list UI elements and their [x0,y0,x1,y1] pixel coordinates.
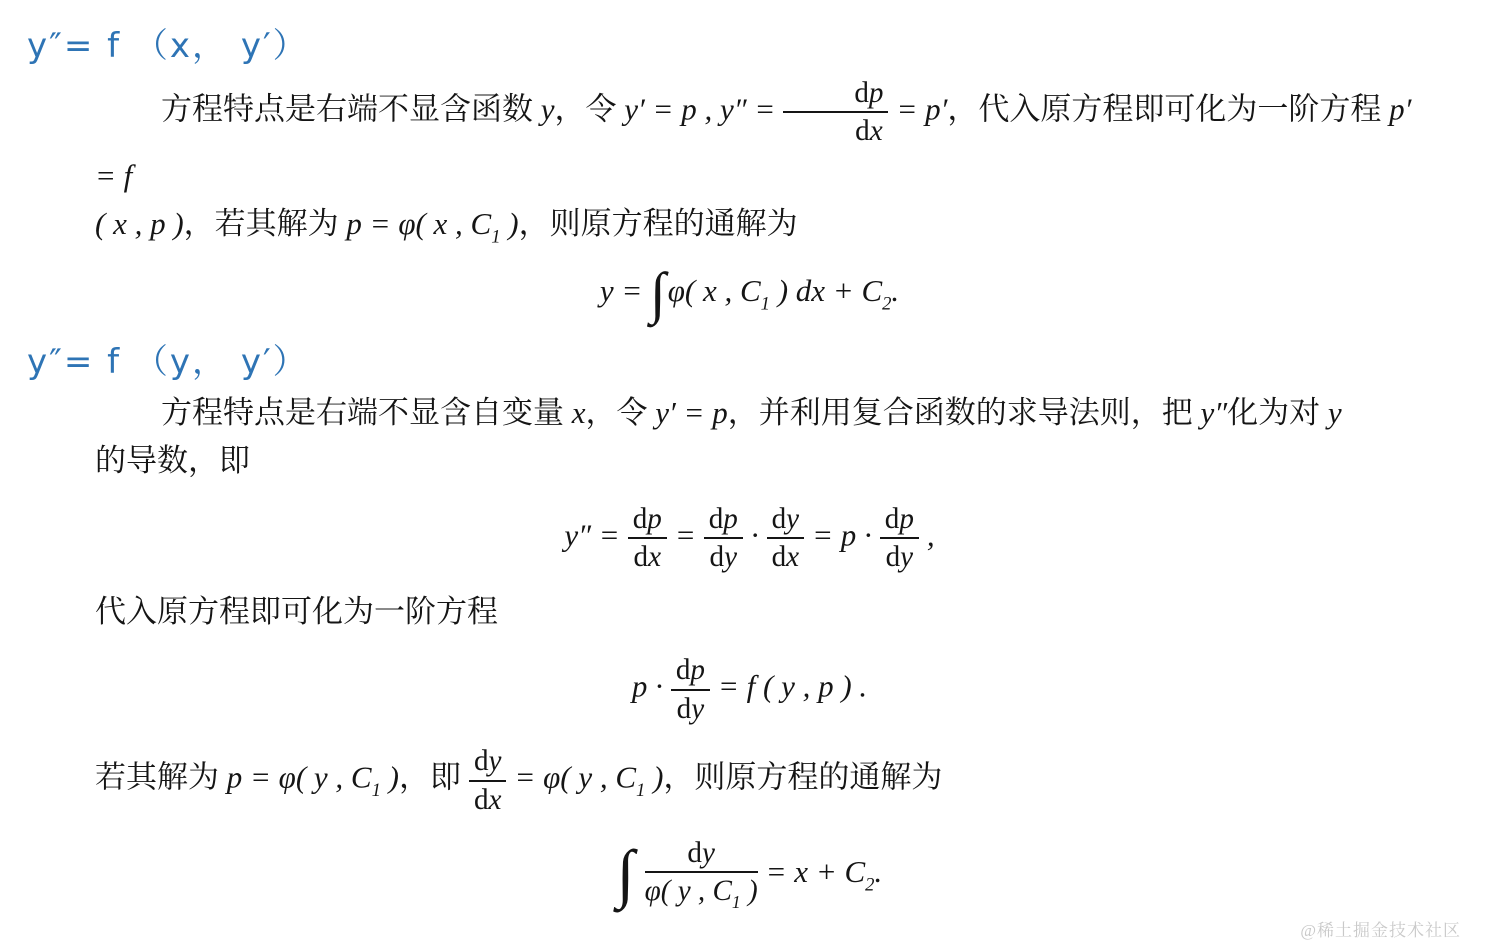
math-differential-d: d [886,541,901,573]
math-run: y [1328,395,1342,430]
math-run: φ( x , C [668,273,761,308]
math-run: y = [600,273,650,308]
text-run: 若其解为 [95,760,227,795]
fraction-denominator: dy [880,539,919,574]
math-var: y [724,541,737,573]
fraction-dp-dx: dpdx [628,503,667,574]
math-run: p = φ( y , C [227,760,372,795]
math-run: = p · [812,518,872,553]
paragraph-line-1: 方程特点是右端不显含函数 y，令 y′ = p , y″ =dpdx= p′，代… [95,73,1419,200]
math-var: p [723,503,738,535]
watermark: @稀土掘金技术社区 [1300,916,1461,941]
math-run: y′ = p , y″ = [624,92,775,127]
math-differential-d: d [710,541,725,573]
fraction-dp-dx: dpdx [783,77,888,148]
section2-paragraph-3: 若其解为 p = φ( y , C1 )，即dydx= φ( y , C1 )，… [95,741,1419,820]
fraction-denominator: dx [469,782,507,817]
text-run: ，令 [555,92,625,127]
math-run: y″ [1200,395,1227,430]
section1-paragraph: 方程特点是右端不显含函数 y，令 y′ = p , y″ =dpdx= p′，代… [95,73,1419,252]
fraction-numerator: dp [628,503,667,540]
math-differential-d: d [772,503,787,535]
formula-general-solution-y: ∫dyφ( y , C1 )= x + C2. [60,833,1439,917]
math-subscript: 1 [372,780,381,801]
formula-general-solution-x: y = ∫φ( x , C1 ) dx + C2. [60,268,1439,320]
math-subscript: 1 [491,226,500,247]
math-run: ) [501,206,519,241]
fraction-denominator: dx [783,113,888,148]
math-var: y [900,541,913,573]
math-run: = f ( y , p ) . [718,669,867,704]
math-differential-d: d [677,693,692,725]
math-differential-d: d [854,77,869,109]
math-var: x [870,115,883,147]
math-run: ( x , p ) [95,206,184,241]
fraction-numerator: dy [767,503,805,540]
text-run: ，令 [586,395,656,430]
text-run: 方程特点是右端不显含自变量 [161,395,572,430]
fraction-denominator: dx [628,539,667,574]
math-subscript: 1 [732,892,741,912]
fraction-numerator: dp [704,503,743,540]
math-differential-d: d [772,541,787,573]
math-run: ) [381,760,399,795]
math-run: = p′ [896,92,947,127]
fraction-numerator: dp [671,654,710,691]
math-var: y [786,503,799,535]
fraction-dp-dy: dpdy [671,654,710,725]
math-var: x [786,541,799,573]
fraction-denominator: dy [704,539,743,574]
math-run: ) [645,760,663,795]
fraction-denominator: φ( y , C1 ) [645,873,758,912]
fraction-denominator: dx [767,539,805,574]
fraction-numerator: dp [783,77,888,114]
math-run: . [891,273,899,308]
math-run: · [751,518,759,553]
text-run: ，则原方程的通解为 [663,760,942,795]
section2-paragraph: 方程特点是右端不显含自变量 x，令 y′ = p，并利用复合函数的求导法则，把 … [95,389,1419,485]
math-var: p [647,503,662,535]
section1-heading: y″= f （x， y′） [27,0,1499,67]
math-differential-d: d [709,503,724,535]
math-subscript: 1 [761,294,770,315]
fraction-dy-dx: dydx [469,745,507,816]
math-var: p [899,503,914,535]
math-var: y [702,837,715,869]
paragraph-line-1: 方程特点是右端不显含自变量 x，令 y′ = p，并利用复合函数的求导法则，把 … [95,389,1419,437]
fraction-dy-dx: dydx [767,503,805,574]
math-var: x [648,541,661,573]
math-run: φ( y , C [645,875,732,907]
fraction-numerator: dy [469,745,507,782]
text-run: ，代入原方程即可化为一阶方程 [947,92,1389,127]
fraction-dy-phi: dyφ( y , C1 ) [645,837,758,913]
math-var: p [869,77,884,109]
formula-chain-rule: y″ =dpdx=dpdy·dydx= p ·dpdy, [60,499,1439,578]
math-differential-d: d [855,115,870,147]
fraction-numerator: dy [645,837,758,874]
math-run: y [541,92,555,127]
math-var: x [489,784,502,816]
math-run: p = φ( x , C [346,206,491,241]
integral-sign: ∫ [617,838,635,910]
text-run: ，即 [399,760,461,795]
math-differential-d: d [474,784,489,816]
fraction-dp-dy: dpdy [704,503,743,574]
fraction-numerator: dp [880,503,919,540]
paragraph-line-2: 的导数，即 [95,437,1419,485]
text-run: 化为对 [1227,395,1328,430]
text-run: 的导数，即 [95,443,250,478]
math-run: . [874,854,882,889]
math-run: ) dx + C [770,273,882,308]
math-var: p [690,654,705,686]
integral-sign: ∫ [650,262,666,325]
math-differential-d: d [885,503,900,535]
section2-heading: y″= f （y， y′） [27,342,1499,383]
text-run: 代入原方程即可化为一阶方程 [95,594,498,629]
math-differential-d: d [474,745,489,777]
math-var: y [489,745,502,777]
math-run: y′ = p [655,395,727,430]
math-subscript: 1 [636,780,645,801]
text-run: ，则原方程的通解为 [519,206,798,241]
math-run: , [927,518,935,553]
math-run: y″ = [564,518,619,553]
math-run: ) [741,875,758,907]
math-run: p · [632,669,663,704]
document-page: y″= f （x， y′） 方程特点是右端不显含函数 y，令 y′ = p , … [0,0,1499,947]
text-run: ，并利用复合函数的求导法则，把 [728,395,1201,430]
formula-first-order-equation: p ·dpdy= f ( y , p ) . [60,650,1439,729]
math-run: = x + C [766,854,866,889]
math-differential-d: d [633,503,648,535]
math-run: = φ( y , C [514,760,636,795]
math-var: y [691,693,704,725]
math-run: = [675,518,696,553]
paragraph-line-2: ( x , p )，若其解为 p = φ( x , C1 )，则原方程的通解为 [95,200,1419,252]
text-run: ，若其解为 [184,206,347,241]
fraction-denominator: dy [671,691,710,726]
math-differential-d: d [687,837,702,869]
fraction-dp-dy: dpdy [880,503,919,574]
math-differential-d: d [676,654,691,686]
section2-paragraph-2: 代入原方程即可化为一阶方程 [95,588,1419,636]
text-run: 方程特点是右端不显含函数 [161,92,541,127]
math-run: x [572,395,586,430]
math-differential-d: d [634,541,649,573]
